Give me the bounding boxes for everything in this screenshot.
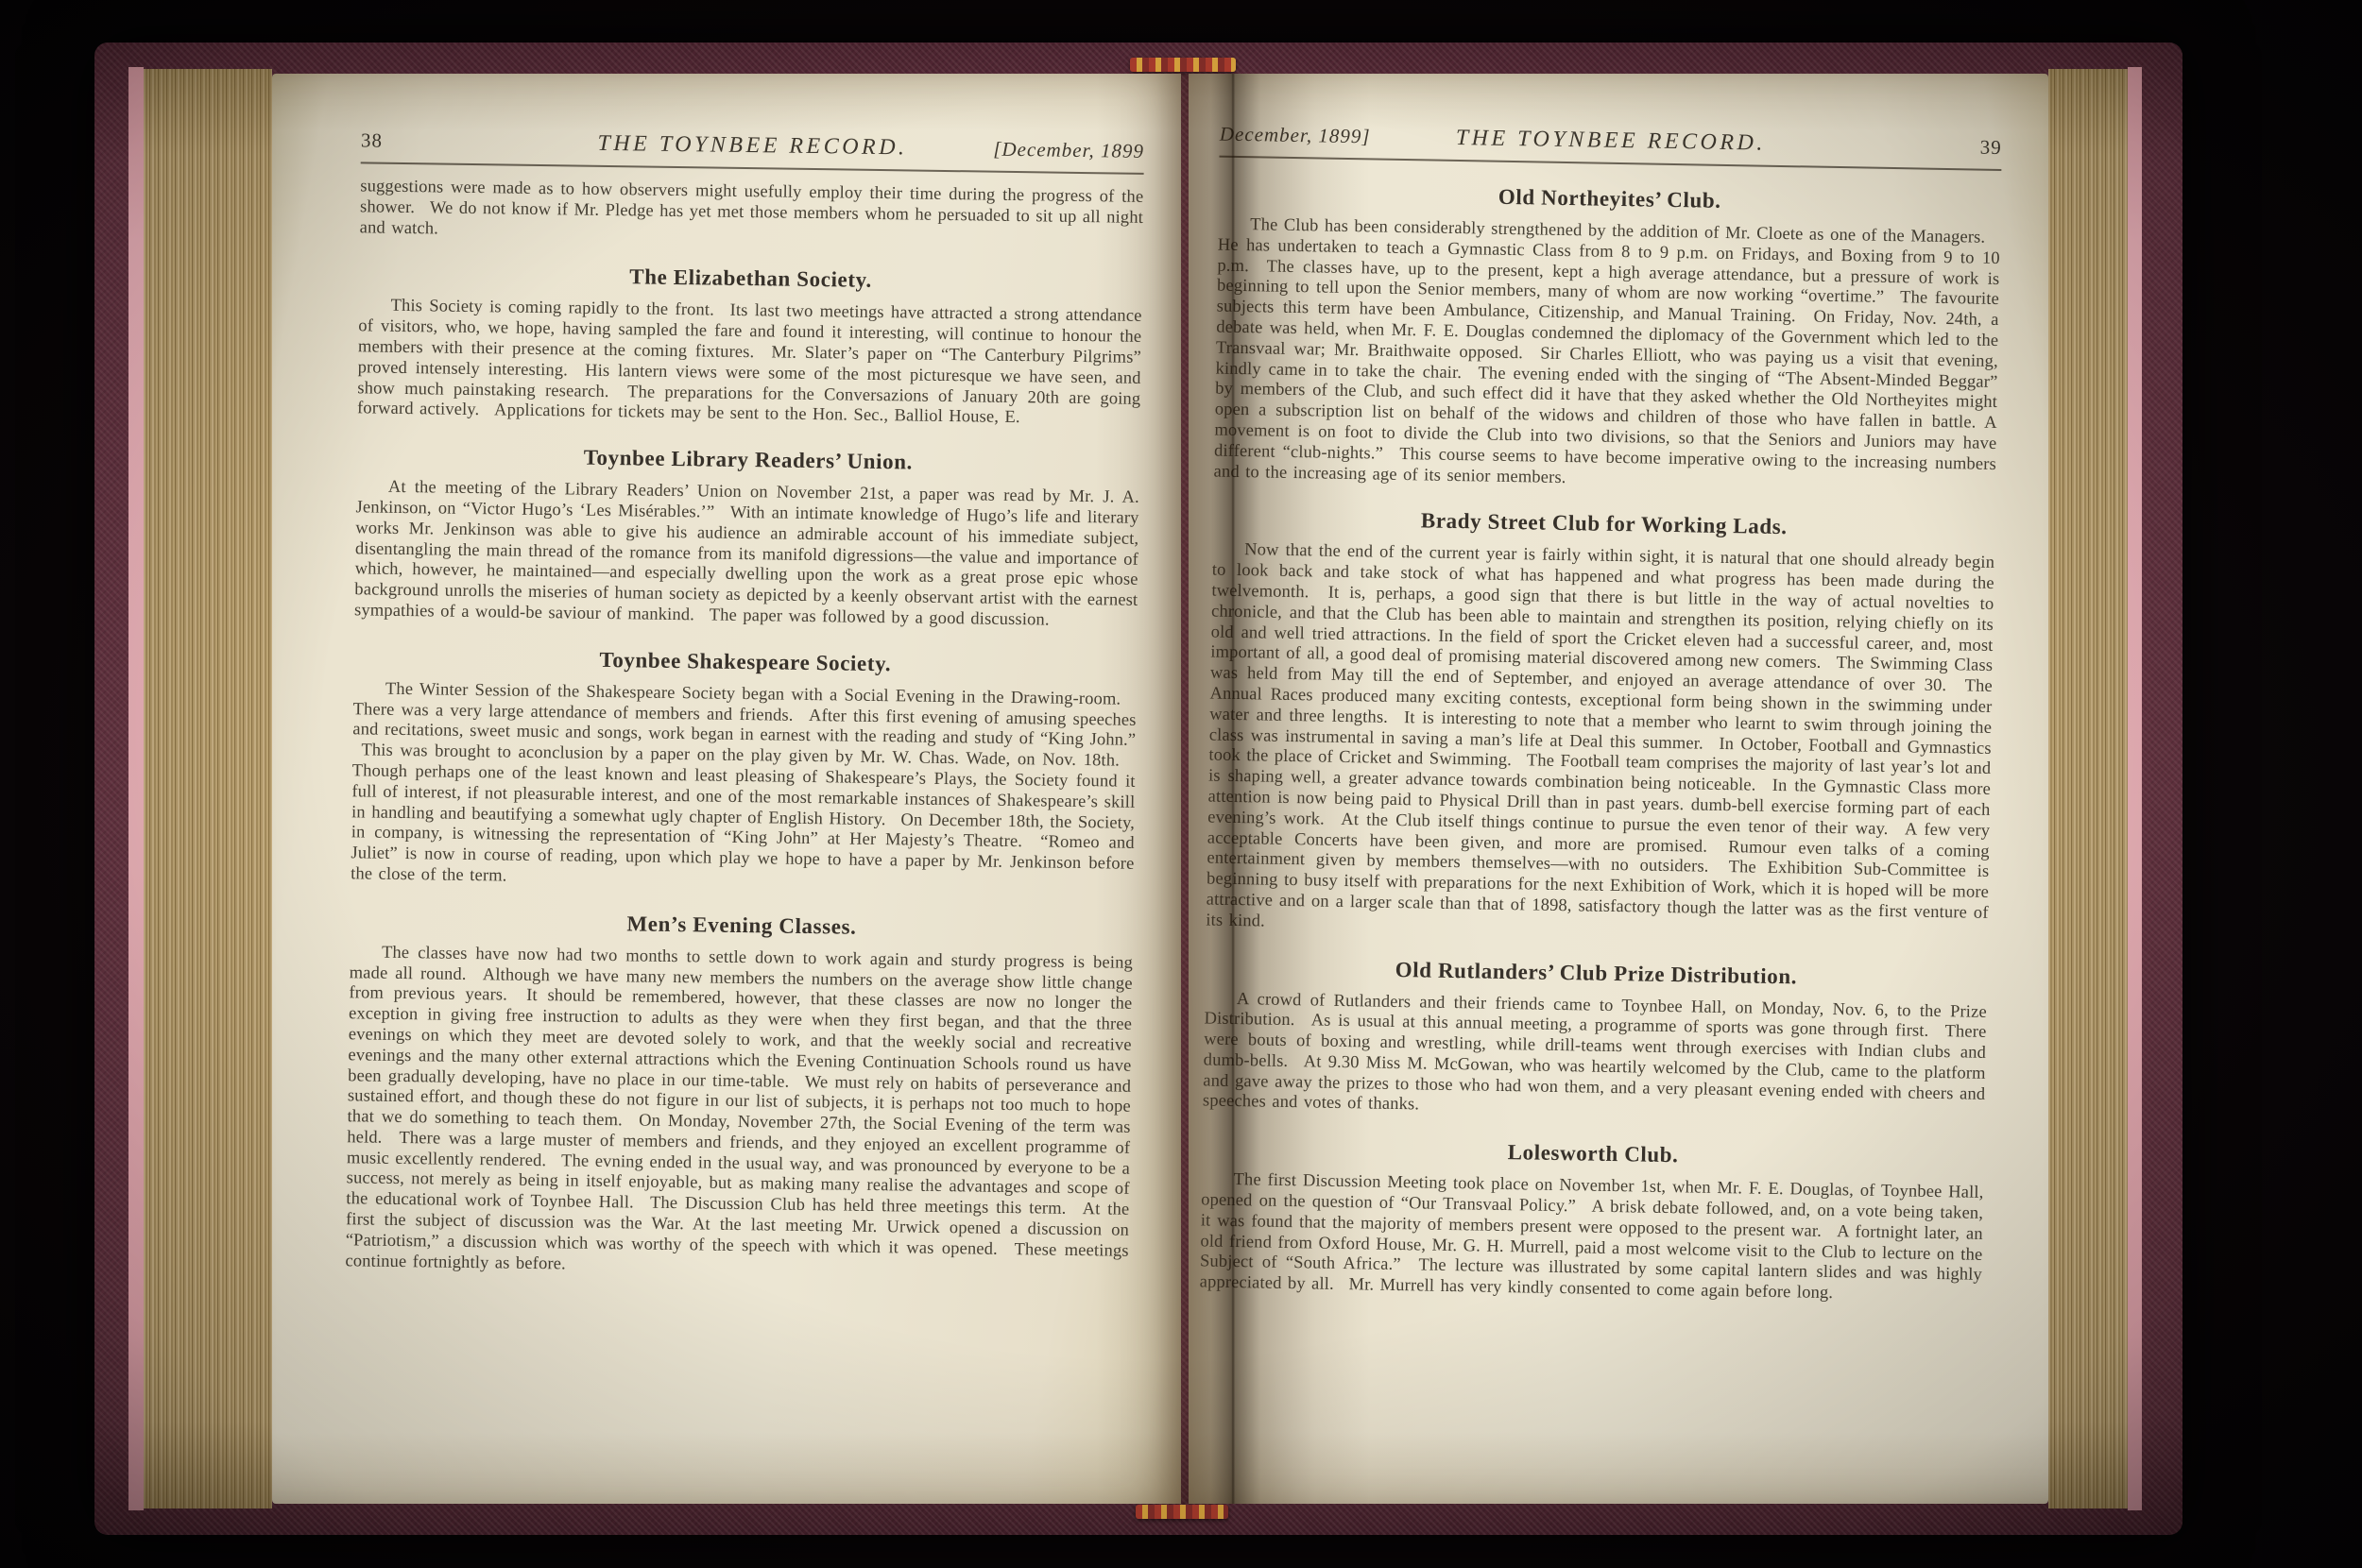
headband-bottom	[1136, 1505, 1228, 1519]
section-paragraph: The first Discussion Meeting took place …	[1199, 1170, 1983, 1307]
section-heading: Old Northeyites’ Club.	[1219, 180, 2001, 218]
section-lolesworth-club: Lolesworth Club. The first Discussion Me…	[1199, 1135, 1984, 1307]
right-page-header: December, 1899] THE TOYNBEE RECORD. 39	[1220, 122, 2002, 161]
right-page-number: 39	[1766, 132, 2002, 160]
section-paragraph: The Winter Session of the Shakespeare So…	[351, 679, 1137, 896]
left-page-number: 38	[361, 128, 598, 155]
section-paragraph: The Club has been considerably strengthe…	[1213, 215, 2000, 497]
section-elizabethan-society: The Elizabethan Society. This Society is…	[357, 262, 1142, 431]
section-old-northeyites-club: Old Northeyites’ Club. The Club has been…	[1213, 180, 2000, 497]
section-heading: Toynbee Library Readers’ Union.	[356, 442, 1139, 478]
section-paragraph: The classes have now had two months to s…	[345, 943, 1133, 1283]
endpaper-right	[2128, 67, 2142, 1510]
section-shakespeare-society: Toynbee Shakespeare Society. The Winter …	[351, 644, 1137, 896]
endpaper-left	[128, 67, 144, 1510]
section-heading: The Elizabethan Society.	[359, 262, 1142, 298]
right-page: December, 1899] THE TOYNBEE RECORD. 39 O…	[1189, 74, 2048, 1504]
section-paragraph: This Society is coming rapidly to the fr…	[357, 297, 1142, 431]
photo-background: 38 THE TOYNBEE RECORD. [December, 1899 s…	[0, 0, 2362, 1568]
section-heading: Old Rutlanders’ Club Prize Distribution.	[1205, 954, 1987, 992]
issue-date: [December, 1899	[907, 136, 1144, 162]
continuation-paragraph: suggestions were made as to how observer…	[360, 177, 1144, 249]
section-old-rutlanders-prize-distribution: Old Rutlanders’ Club Prize Distribution.…	[1203, 954, 1988, 1126]
book-cover: 38 THE TOYNBEE RECORD. [December, 1899 s…	[94, 43, 2182, 1535]
section-brady-street-club: Brady Street Club for Working Lads. Now …	[1206, 505, 1995, 946]
issue-date: December, 1899]	[1220, 123, 1456, 150]
journal-title: THE TOYNBEE RECORD.	[1456, 126, 1766, 157]
headband-top	[1130, 58, 1236, 72]
left-page: 38 THE TOYNBEE RECORD. [December, 1899 s…	[272, 74, 1181, 1504]
page-edges-left	[144, 69, 272, 1508]
section-heading: Lolesworth Club.	[1202, 1135, 1984, 1173]
section-paragraph: Now that the end of the current year is …	[1206, 540, 1994, 946]
section-heading: Brady Street Club for Working Lads.	[1213, 505, 1995, 543]
section-heading: Men’s Evening Classes.	[350, 908, 1133, 944]
section-heading: Toynbee Shakespeare Society.	[353, 644, 1137, 680]
header-rule	[361, 162, 1144, 175]
section-library-readers-union: Toynbee Library Readers’ Union. At the m…	[354, 442, 1140, 632]
section-paragraph: A crowd of Rutlanders and their friends …	[1203, 989, 1987, 1126]
left-page-header: 38 THE TOYNBEE RECORD. [December, 1899	[361, 128, 1144, 164]
journal-title: THE TOYNBEE RECORD.	[597, 131, 907, 162]
section-mens-evening-classes: Men’s Evening Classes. The classes have …	[345, 908, 1133, 1283]
page-edges-right	[2048, 69, 2128, 1508]
section-paragraph: At the meeting of the Library Readers’ U…	[354, 477, 1139, 632]
